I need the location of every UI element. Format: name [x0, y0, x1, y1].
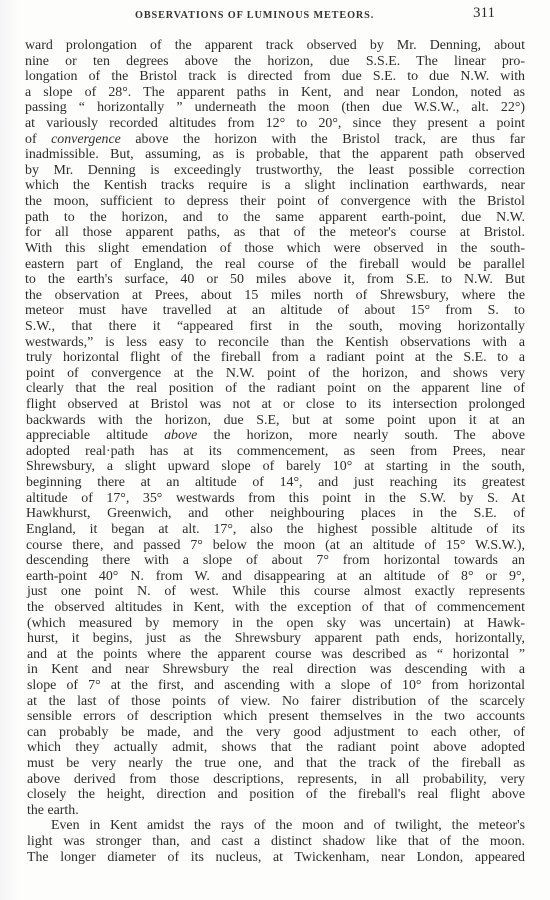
italic-emphasis: convergence	[51, 132, 121, 147]
text-line: backwards with the horizon, due S.E, but…	[26, 413, 525, 429]
text-line: (which measured by memory in the open sk…	[27, 616, 525, 632]
text-line: a slope of 28°. The apparent paths in Ke…	[25, 85, 525, 101]
text-line: nine or ten degrees above the horizon, d…	[25, 54, 525, 70]
text-line: inadmissible. But, assuming, as is proba…	[25, 147, 525, 163]
document-page: OBSERVATIONS OF LUMINOUS METEORS. 311 wa…	[0, 0, 550, 900]
running-head: OBSERVATIONS OF LUMINOUS METEORS. 311	[0, 4, 550, 24]
text-line: appreciable altitude above the horizon, …	[26, 428, 525, 444]
text-line: adopted real·path has at its commencemen…	[26, 444, 525, 460]
text-line: clearly that the real position of the ra…	[26, 381, 525, 397]
text-line: altitude of 17°, 35° westwards from this…	[26, 491, 525, 507]
text-line: England, it began at alt. 17°, also the …	[26, 522, 525, 538]
text-line: Even in Kent amidst the rays of the moon…	[27, 818, 525, 834]
text-line: of convergence above the horizon with th…	[25, 132, 525, 148]
text-line: the moon, sufficient to depress their po…	[25, 194, 525, 210]
page-number: 311	[473, 5, 495, 22]
text-line: truly horizontal flight of the fireball …	[26, 350, 525, 366]
text-line: by Mr. Denning is exceedingly trustworth…	[25, 163, 525, 179]
text-line: westwards,” is less easy to reconcile th…	[25, 335, 525, 351]
text-line: hurst, it begins, just as the Shrewsbury…	[27, 631, 525, 647]
text-line: the observation at Prees, about 15 miles…	[25, 288, 525, 304]
text-line: flight observed at Bristol was not at or…	[26, 397, 525, 413]
text-line: Shrewsbury, a slight upward slope of bar…	[26, 459, 525, 475]
text-line: ward prolongation of the apparent track …	[25, 38, 525, 54]
text-line: descending there with a slope of about 7…	[26, 553, 525, 569]
text-line: S.W., that there it “appeared first in t…	[25, 319, 525, 335]
text-line: in Kent and near Shrewsbury the real dir…	[27, 662, 525, 678]
text-line: for all those apparent paths, as that of…	[25, 225, 525, 241]
text-line: just one point N. of west. While this co…	[27, 584, 525, 600]
text-line: closely the height, direction and positi…	[27, 787, 525, 803]
text-line: can probably be made, and the very good …	[27, 725, 525, 741]
text-line: which they actually admit, shows that th…	[27, 740, 525, 756]
text-line: course there, and passed 7° below the mo…	[26, 538, 525, 554]
text-line: path to the horizon, and to the same app…	[25, 210, 525, 226]
text-line: eastern part of England, the real course…	[25, 257, 525, 273]
body-text: ward prolongation of the apparent track …	[25, 38, 525, 865]
page-gutter-shadow	[0, 0, 18, 900]
text-line: the earth.	[27, 803, 525, 819]
text-line: With this slight emendation of those whi…	[25, 241, 525, 257]
text-line: earth-point 40° N. from W. and disappear…	[26, 569, 525, 585]
text-line: slope of 7° at the first, and ascending …	[27, 678, 525, 694]
text-line: and at the points where the apparent cou…	[27, 647, 525, 663]
running-title: OBSERVATIONS OF LUMINOUS METEORS.	[135, 10, 374, 21]
text-line: to the earth's surface, 40 or 50 miles a…	[25, 272, 525, 288]
text-line: point of convergence at the N.W. point o…	[26, 366, 525, 382]
text-line: at variously recorded altitudes from 12°…	[25, 116, 525, 132]
text-line: beginning there at an altitude of 14°, a…	[26, 475, 525, 491]
text-line: must be very nearly the true one, and th…	[27, 756, 525, 772]
italic-emphasis: above	[164, 428, 197, 443]
text-line: longation of the Bristol track is direct…	[25, 69, 525, 85]
text-line: Hawkhurst, Greenwich, and other neighbou…	[26, 506, 525, 522]
text-line: above derived from those descriptions, r…	[27, 772, 525, 788]
text-line: the observed altitudes in Kent, with the…	[27, 600, 525, 616]
text-line: sensible errors of description which pre…	[27, 709, 525, 725]
text-line: which the Kentish tracks require is a sl…	[25, 178, 525, 194]
text-line: meteor must have travelled at an altitud…	[25, 303, 525, 319]
text-line: The longer diameter of its nucleus, at T…	[27, 850, 525, 866]
text-line: at the last of those points of view. No …	[27, 694, 525, 710]
text-line: passing “ horizontally ” underneath the …	[25, 100, 525, 116]
text-line: light was stronger than, and cast a dist…	[27, 834, 525, 850]
